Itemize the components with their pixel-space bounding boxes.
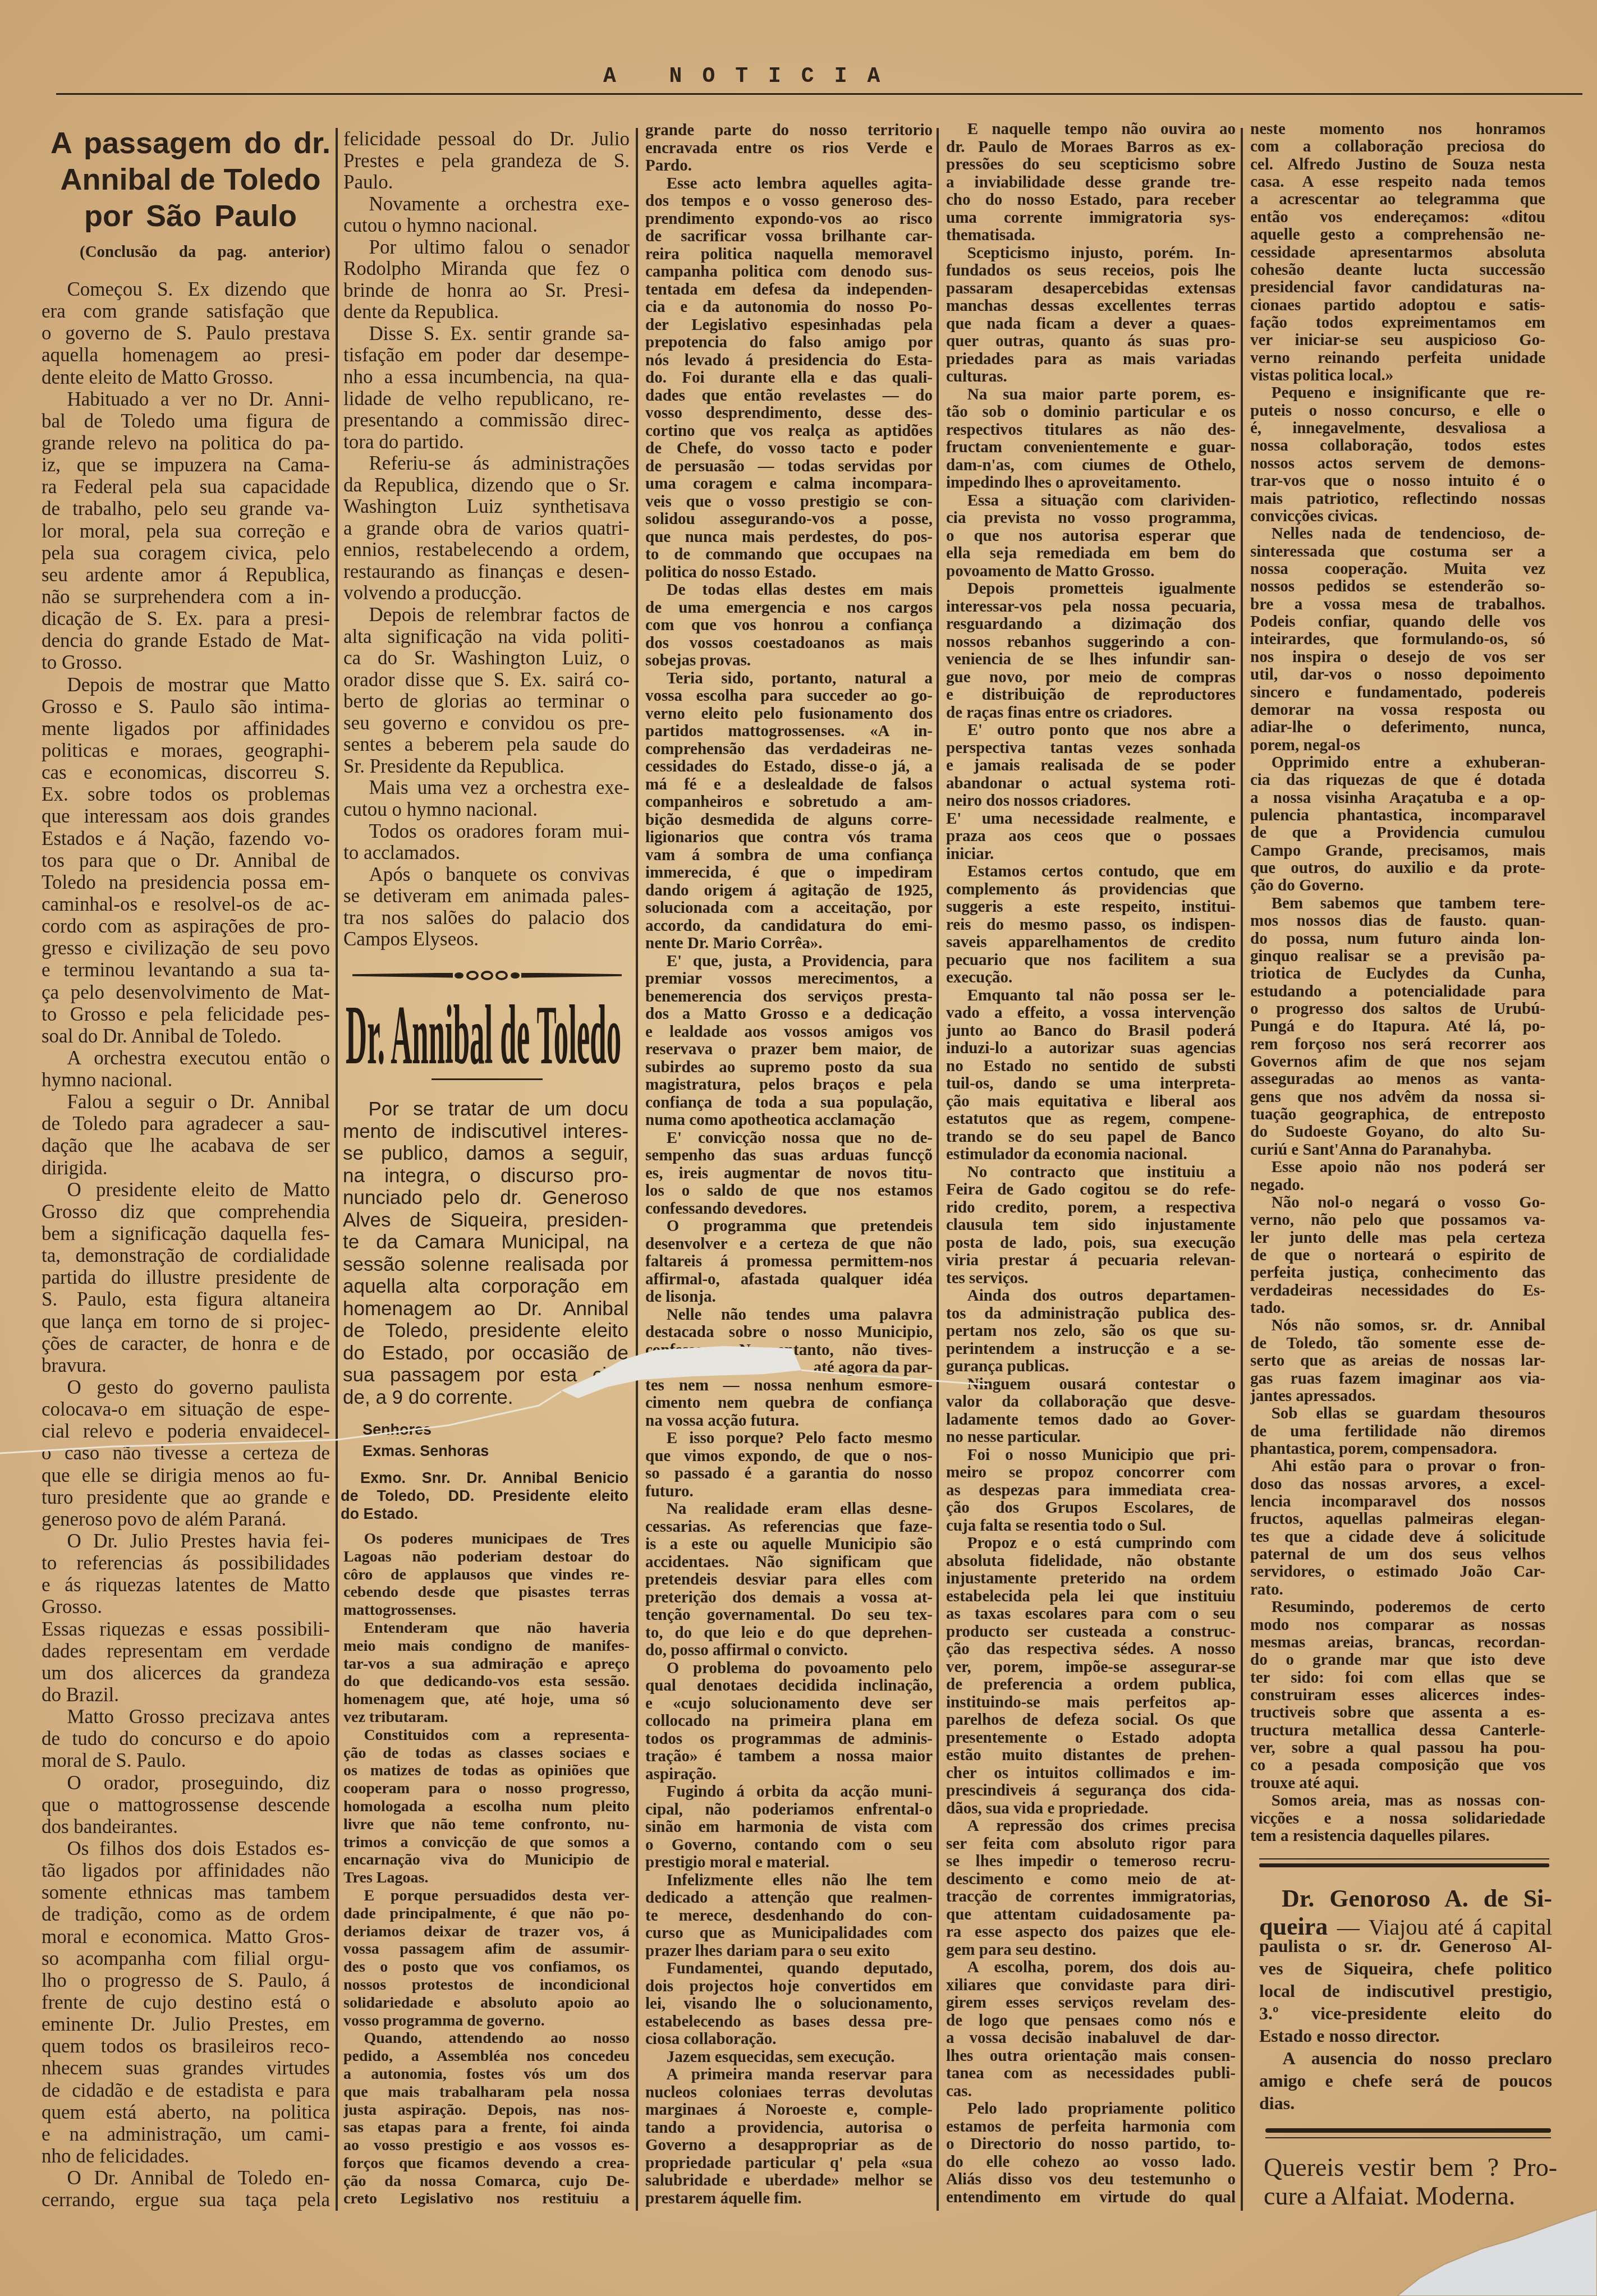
text-line: to Grosso.	[42, 651, 330, 673]
text-line: estimulador da economia nacional.	[946, 1146, 1236, 1164]
text-line: tructiveis sobre que assenta a es-	[1250, 1704, 1545, 1721]
text-line: A repressão dos crimes precisa	[946, 1817, 1236, 1835]
text-line: tracção de correntes immigratorias,	[946, 1888, 1236, 1906]
text-line: dos vossos coestadoanos as mais	[645, 635, 933, 653]
text-line: Tres Lagoas.	[343, 1869, 630, 1887]
text-line: Campo Grande, precisamos, mais	[1250, 842, 1545, 860]
text-line: que elle se dirigia menos ao fu-	[42, 1464, 330, 1486]
text-line: a grande obra de varios quatri-	[343, 518, 630, 540]
text-line: politicas e moraes, geographi-	[42, 740, 330, 761]
text-line: de, a 9 do corrente.	[343, 1386, 628, 1409]
text-line: Exmas. Senhoras	[343, 1440, 628, 1462]
text-line: to de commando que occupaes na	[645, 546, 933, 564]
text-line: impedindo lhes o aproveitamento.	[946, 474, 1236, 492]
text-line: gurança publicas.	[946, 1358, 1236, 1376]
text-line: phantastica, porem, compensadora.	[1250, 1440, 1545, 1458]
ornament-bar	[352, 973, 453, 978]
text-line: Mais uma vez a orchestra exe-	[343, 777, 630, 799]
text-line: Essa a situação com clarividen-	[946, 492, 1236, 510]
text-line: cia das riquezas de que é dotada	[1250, 772, 1545, 789]
text-line: forços que ficamos devendo a crea-	[343, 2155, 630, 2173]
headline-line: A passagem do dr.	[51, 125, 331, 162]
speech-column-2: Os poderes municipaes de TresLagoas não …	[343, 1530, 630, 2208]
text-line: to, do que leio e do que deprehen-	[645, 1624, 933, 1642]
text-line: mattogrossenses.	[343, 1601, 630, 1619]
text-line: cia prevista no vosso programma,	[946, 509, 1236, 527]
text-line: cel. Alfredo Justino de Souza nesta	[1250, 156, 1545, 173]
text-line: pulencia phantastica, incomparavel	[1250, 807, 1545, 824]
text-line: O presidente eleito de Matto	[42, 1179, 330, 1201]
text-line: es, ireis augmentar de novos titu-	[645, 1165, 933, 1183]
text-line: sessão solenne realisada por	[343, 1253, 628, 1276]
text-line: entendimento em virtude do qual	[946, 2189, 1236, 2207]
text-line: tração» é tambem a nossa maior	[645, 1748, 933, 1766]
text-line: qual denotaes decidida inclinação,	[645, 1677, 933, 1695]
text-line: confessando devedores.	[645, 1200, 933, 1218]
paragraph: O presidente eleito de MattoGrosso diz q…	[42, 1179, 330, 1376]
text-line: Entenderam que não haveria	[343, 1619, 630, 1637]
text-line: soal do Dr. Annibal de Toledo.	[42, 1025, 330, 1047]
text-line: A primeira manda reservar para	[645, 2066, 933, 2084]
text-line: bição desmedida de alguns corre-	[645, 811, 933, 829]
text-line: Esse acto lembra aquelles agita-	[645, 175, 933, 193]
text-line: se detiveram em animada pales-	[343, 885, 630, 907]
text-line: de que o norteará o espirito de	[1250, 1247, 1545, 1264]
text-line: e distribuição de reproductores	[946, 686, 1236, 704]
text-line: O Dr. Julio Prestes havia fei-	[42, 1530, 330, 1552]
text-line: verno, não pelo que possamos va-	[1250, 1211, 1545, 1229]
text-line: rido credito, porem, a respectiva	[946, 1199, 1236, 1217]
text-line: salubridade e uberdade» melhor se	[645, 2172, 933, 2190]
notice-lead-line: queira — Viajou até á capital	[1259, 1912, 1552, 1935]
text-line: neiro dos nossos criadores.	[946, 792, 1236, 810]
text-line: quem está aberto, na politica	[42, 2101, 330, 2123]
text-line: O programma que pretendeis	[645, 1218, 933, 1236]
text-line: dicação de S. Ex. para a presi-	[42, 608, 330, 630]
ornament-ring	[495, 971, 508, 980]
text-line: tuil-os, dando se uma interpreta-	[946, 1075, 1236, 1093]
text-line: jantes apressados.	[1250, 1388, 1545, 1405]
notice-rule-thin	[1259, 1858, 1549, 1859]
text-line: Habituado a ver no Dr. Anni-	[42, 388, 330, 410]
text-line: dencia do grande Estado de Mat-	[42, 630, 330, 651]
text-line: cooperam para o nosso progresso,	[343, 1780, 630, 1798]
text-line: de Toledo, presidente eleito	[343, 1320, 628, 1342]
speech-headline: Dr. Annibal de Toledo	[346, 987, 621, 1071]
text-line: tado.	[1250, 1299, 1545, 1317]
text-line: Disse S. Ex. sentir grande sa-	[343, 323, 630, 345]
text-line: eminente Dr. Julio Prestes, em	[42, 2013, 330, 2035]
text-line: pertam nos zelo, são os que su-	[946, 1323, 1236, 1340]
text-line: de trabalho, pelo seu grande va-	[42, 498, 330, 520]
paragraph: Scepticismo injusto, porém. In-fundados …	[946, 245, 1236, 386]
paragraph: Opprimido entre a exhuberan-cia das riqu…	[1250, 754, 1545, 895]
text-line: complemento ás providencias que	[946, 881, 1236, 899]
text-line: fação todos expreimentamos em	[1250, 314, 1545, 332]
text-line: vosso programma de governo.	[343, 2012, 630, 2030]
text-line: resguardando a dizimação dos	[946, 616, 1236, 633]
text-line: Quereis vestir bem ? Pro-	[1264, 2153, 1557, 2182]
torn-corner	[1397, 2210, 1597, 2296]
text-line: confesso-o. No entanto, não tives-	[645, 1342, 933, 1360]
text-line: homologada a escolha num pleito	[343, 1798, 630, 1816]
text-line: magistratura, pelos braços e pela	[645, 1076, 933, 1094]
paragraph: Depois prometteis igualmenteinteressar-v…	[946, 580, 1236, 722]
text-line: mesmas areias, brancas, recordan-	[1250, 1634, 1545, 1651]
text-line: Sob ellas se guardam thesouros	[1250, 1405, 1545, 1422]
text-line: S. Paulo, esta figura altaneira	[42, 1288, 330, 1310]
text-line: local de indiscutivel prestigio,	[1259, 1980, 1552, 2002]
paragraph: Matto Grosso precizava antesde tudo do c…	[42, 1706, 330, 1771]
text-line: te da Camara Municipal, na	[343, 1231, 628, 1253]
text-line: vicções e a nossa solidariedade	[1250, 1810, 1545, 1827]
text-line: ção dos Grupos Escolares, de	[946, 1499, 1236, 1517]
text-line: reira politica naquella memoravel	[645, 246, 933, 264]
text-line: Jazem esquecidas, sem execução.	[645, 2049, 933, 2067]
text-line: ginquo realisar se a previsão pa-	[1250, 948, 1545, 965]
text-line: mos nossos dias de fausto. quan-	[1250, 912, 1545, 930]
text-line: dades representam em verdade	[42, 1640, 330, 1662]
paragraph: A escolha, porem, dos dois au-xiliares q…	[946, 1959, 1236, 2100]
text-line: verno eleito pelo fusionamento dos	[645, 705, 933, 723]
text-line: sentes a beberem pela saude do	[343, 734, 630, 756]
text-line: Senhores	[343, 1419, 628, 1440]
text-line: Começou S. Ex dizendo que	[42, 278, 330, 300]
text-line: gem para seu destino.	[946, 1941, 1236, 1959]
text-line: absoluta fidelidade, não obstante	[946, 1553, 1236, 1571]
text-line: lhes outra orientação mais consen-	[946, 2047, 1236, 2065]
report-subhead: (Conclusão da pag. anterior)	[80, 243, 331, 262]
text-line: Essas riquezas e essas possibili-	[42, 1618, 330, 1640]
text-line: Não nol-o negará o vosso Go-	[1250, 1194, 1545, 1211]
text-line: trimos a convicção de que somos a	[343, 1834, 630, 1852]
speech-intro: Por se tratar de um documento de indiscu…	[343, 1098, 628, 1408]
text-line: dação que lhe acabava de ser	[42, 1135, 330, 1156]
text-line: de tudo do concurso e do apoio	[42, 1728, 330, 1749]
text-line: Toledo na presidencia possa em-	[42, 871, 330, 893]
text-line: trar-vos que o nosso intuito é o	[1250, 472, 1545, 490]
paragraph: Propoz e o está cumprindo comabsoluta fi…	[946, 1535, 1236, 1817]
text-line: Nelle não tendes uma palavra	[645, 1306, 933, 1324]
column-divider	[1241, 128, 1243, 2211]
text-line: xiliares que convidaste para diri-	[946, 1977, 1236, 1995]
text-line: Pungá e do Itapura. Até lá, po-	[1250, 1018, 1545, 1035]
text-line: marginaes á Noroeste e, comple-	[645, 2101, 933, 2119]
text-line: meiro se propoz concorrer com	[946, 1464, 1236, 1482]
text-line: ennios, restabelecendo a ordem,	[343, 539, 630, 561]
text-line: até agora da par-	[645, 1359, 933, 1377]
text-line: uma coragem e calma incompara-	[645, 475, 933, 493]
text-line: pressões do seu scepticismo sobre	[946, 156, 1236, 174]
text-line: campanha politica com denodo sus-	[645, 263, 933, 281]
text-line: cipal, não poderiamos enfrental-o	[645, 1801, 933, 1819]
text-line: asseguradas ao menos as vanta-	[1250, 1071, 1545, 1088]
text-line: pecuario que nos facilitem a sua	[946, 952, 1236, 970]
text-line: rem forçoso nos será recorrer aos	[1250, 1036, 1545, 1053]
text-line: cuja falta se resentia todo o Sul.	[946, 1517, 1236, 1535]
paragraph: Essa a situação com clarividen-cia previ…	[946, 492, 1236, 581]
text-line: politica do nosso Estado.	[645, 564, 933, 582]
paragraph: Nelle não tendes uma palavradestacada so…	[645, 1306, 933, 1430]
text-line: que o mattogrossense descende	[42, 1794, 330, 1816]
text-line: O Dr. Annibal de Toledo en-	[42, 2167, 330, 2189]
text-line: de uma fertilidade não diremos	[1250, 1423, 1545, 1440]
text-line: na vossa acção futura.	[645, 1412, 933, 1430]
text-line: cohesão deante lucta successão	[1250, 261, 1545, 279]
text-line: dedicado a attenção que realmen-	[645, 1889, 933, 1907]
paragraph: E' que, justa, a Providencia, parapremia…	[645, 953, 933, 1129]
paragraph: Fundamentei, quando deputado,dois projec…	[645, 1960, 933, 2049]
paragraph: Constituidos com a representa-ção de tod…	[343, 1726, 630, 1887]
text-line: ler junto delle mas pela certeza	[1250, 1229, 1545, 1247]
text-line: convicções civicas.	[1250, 508, 1545, 525]
text-line: valor da collaboração que desve-	[946, 1393, 1236, 1411]
text-line: que nada ficam a dever a quaes-	[946, 315, 1236, 333]
text-line: injustamente preterido na ordem	[946, 1570, 1236, 1588]
text-line: Depois de relembrar factos de	[343, 604, 630, 626]
speech-column-3: grande parte do nosso territorioencravad…	[645, 122, 933, 2207]
text-line: tisfação em poder dar desempe-	[343, 345, 630, 366]
text-line: moral e economica. Matto Gros-	[42, 1926, 330, 1948]
text-line: ção de todas as classes sociaes e	[343, 1744, 630, 1762]
paragraph: Essas riquezas e essas possibili-dades r…	[42, 1618, 330, 1706]
text-line: ções de caracter, de honra e de	[42, 1333, 330, 1354]
text-line: pela sua coragem civica, pelo	[42, 542, 330, 564]
text-line: de uma emergencia e nos cargos	[645, 599, 933, 617]
text-line: companheiros e sobretudo a am-	[645, 793, 933, 811]
text-line: nos inspira o desejo de vos ser	[1250, 649, 1545, 666]
text-line: paulista o sr. dr. Generoso Al-	[1259, 1935, 1552, 1957]
text-line: des o posto que vos confiamos, os	[343, 1958, 630, 1976]
text-line: Infelizmente elles não lhe tem	[645, 1872, 933, 1890]
text-line: presentando a commissão direc-	[343, 410, 630, 431]
text-line: sinão em harmonia de vista com	[645, 1819, 933, 1836]
paragraph: Pelo lado propriamente politicoestamos d…	[946, 2100, 1236, 2206]
text-line: nossos pedidos se estenderão so-	[1250, 578, 1545, 595]
advert-rule-thin	[1265, 2137, 1551, 2138]
text-line: estabelecida pela lei que instituiu	[946, 1588, 1236, 1606]
text-line: ta, demonstração de cordialidade	[42, 1245, 330, 1266]
text-line: Podeis confiar, quando delle vos	[1250, 613, 1545, 631]
text-line: e jamais realisada de se poder	[946, 757, 1236, 775]
text-line: Os filhos dos dois Estados es-	[42, 1838, 330, 1859]
text-line: e lealdade aos vossos amigos vos	[645, 1023, 933, 1041]
text-line: de persuasão — todas servidas por	[645, 458, 933, 476]
paragraph: Os poderes municipaes de TresLagoas não …	[343, 1530, 630, 1619]
text-line: da Republica, dizendo que o Sr.	[343, 475, 630, 497]
paragraph: Quando, attendendo ao nossopedido, a Ass…	[343, 2029, 630, 2208]
headline-underline	[432, 1078, 543, 1080]
text-line: de Toledo, tão somente esse de-	[1250, 1335, 1545, 1352]
text-line: amigo e chefe será de poucos	[1259, 2069, 1552, 2092]
text-line: abandonar o actual systema roti-	[946, 775, 1236, 793]
text-line: de cidadão e de estadista e para	[42, 2079, 330, 2101]
paragraph: Teria sido, portanto, natural avossa esc…	[645, 670, 933, 953]
text-line: livre que não teme confronto, nu-	[343, 1816, 630, 1834]
text-line: creto Legislativo nos restituiu a	[343, 2190, 630, 2208]
text-line: nossa cooperação. Muita vez	[1250, 561, 1545, 578]
text-line: modo nos comparar as nossas	[1250, 1617, 1545, 1634]
text-line: cas e economicas, discorreu S.	[42, 761, 330, 783]
text-line: ção das respectiva sédes. A nosso	[946, 1641, 1236, 1659]
text-line: Scepticismo injusto, porém. In-	[946, 245, 1236, 263]
text-line: Campos Elyseos.	[343, 929, 630, 950]
paragraph: O problema do povoamento peloqual denota…	[645, 1660, 933, 1784]
paragraph: O programma que pretendeisdesenvolver e …	[645, 1218, 933, 1306]
text-line: ella seja remediada em bem do	[946, 545, 1236, 563]
text-line: ra esse aspecto dos paizes que ele-	[946, 1923, 1236, 1941]
text-line: dãos, sua vida e propriedade.	[946, 1800, 1236, 1818]
text-line: dente eleito de Matto Grosso.	[42, 366, 330, 388]
text-line: dam-n'as, com ciumes de Othelo,	[946, 457, 1236, 475]
paragraph: Depois de mostrar que MattoGrosso e S. P…	[42, 674, 330, 1047]
text-line: prepotencia do falso amigo por	[645, 334, 933, 352]
text-line: Esse apoio não nos poderá ser	[1250, 1159, 1545, 1176]
masthead-title: A NOTICIA	[603, 65, 900, 89]
ornament-ring	[466, 971, 479, 980]
text-line: Governo a desappropriar as de	[645, 2137, 933, 2155]
paragraph: A primeira manda reservar paranucleos co…	[645, 2066, 933, 2207]
paragraph: A repressão dos crimes precisaser feita …	[946, 1817, 1236, 1959]
paragraph: Disse S. Ex. sentir grande sa-tisfação e…	[343, 323, 630, 453]
text-line: sua passagem por esta cida	[343, 1364, 628, 1386]
text-line: frente de cujo destino está o	[42, 1991, 330, 2013]
text-line: tenção governamental. Do seu tex-	[645, 1606, 933, 1624]
text-line: lencia incomparavel dos nossos	[1250, 1493, 1545, 1510]
text-line: aquella alta corporação em	[343, 1275, 628, 1298]
text-line: o que nos autorisa esperar que	[946, 527, 1236, 545]
text-line: prestarem áquelle fim.	[645, 2190, 933, 2208]
paragraph: Emquanto tal não possa ser le-vado a eff…	[946, 987, 1236, 1164]
text-line: Grosso e S. Paulo são intima-	[42, 696, 330, 718]
text-line: Por ultimo falou o senador	[343, 237, 630, 259]
text-line: tando a providencia, autorisa o	[645, 2119, 933, 2137]
text-line: E' convicção nossa que no de-	[645, 1129, 933, 1147]
ornament-ring	[481, 971, 493, 980]
text-line: cerrando, ergue sua taça pela	[42, 2189, 330, 2211]
paragraph: A ausencia do nosso preclaroamigo e chef…	[1259, 2047, 1552, 2114]
text-line: justa aspiração. Depois, nas nos-	[343, 2101, 630, 2119]
text-line: lidade de velho republicano, re-	[343, 388, 630, 410]
text-line: lor moral, pela sua correção e	[42, 520, 330, 542]
column-divider	[937, 128, 939, 2211]
text-line: ver, porem, impõe-se assegurar-se	[946, 1659, 1236, 1677]
text-line: Grosso.	[42, 1596, 330, 1618]
text-line: dois projectos hoje convertidos em	[645, 1978, 933, 1996]
text-line: verno reinando perfeita unidade	[1250, 350, 1545, 367]
text-line: O problema do povoamento pelo	[645, 1660, 933, 1678]
text-line: alta significação na vida politi-	[343, 626, 630, 648]
text-line: tos da administração publica des-	[946, 1305, 1236, 1323]
text-line: destacada sobre o nosso Municipio,	[645, 1324, 933, 1342]
text-line: partidos mattogrossenses. «A in-	[645, 723, 933, 741]
text-line: rato.	[1250, 1581, 1545, 1599]
text-line: viria prestar á pecuaria relevan-	[946, 1252, 1236, 1270]
text-line: E' outro ponto que nos abre a	[946, 722, 1236, 740]
text-line: felicidade pessoal do Dr. Julio	[343, 128, 630, 150]
text-line: a inviabilidade desse grande tre-	[946, 174, 1236, 192]
text-line: A ausencia do nosso preclaro	[1259, 2047, 1552, 2069]
text-line: No contracto que instituiu a	[946, 1164, 1236, 1182]
text-line: ca do Sr. Washington Luiz, o	[343, 648, 630, 669]
text-line: ser feita com absoluto rigor para	[946, 1835, 1236, 1853]
text-line: curiú e Sant'Anna do Paranahyba.	[1250, 1141, 1545, 1159]
text-line: cial relevo e poderia envaidecel-	[42, 1420, 330, 1442]
paragraph: O Dr. Julio Prestes havia fei-to referen…	[42, 1530, 330, 1618]
text-line: tra nos salões do palacio dos	[343, 907, 630, 929]
text-line: se lhes impedir o temeroso recru-	[946, 1853, 1236, 1871]
text-line: Estados e á Nação, fazendo vo-	[42, 828, 330, 849]
text-line: de sacrificar vossa brilhante car-	[645, 228, 933, 246]
paragraph: E naquelle tempo não ouvira aodr. Paulo …	[946, 121, 1236, 245]
text-line: instituindo-se mais perfeitos ap-	[946, 1694, 1236, 1712]
column-divider	[636, 128, 638, 2211]
text-line: te merece, desdenhando do con-	[645, 1907, 933, 1925]
paragraph: Resumindo, poderemos de certomodo nos co…	[1250, 1599, 1545, 1792]
text-line: util, dar-vos o nosso depoimento	[1250, 666, 1545, 683]
report-column-2: felicidade pessoal do Dr. JulioPrestes e…	[343, 128, 630, 950]
text-line: girem esses serviços revelam des-	[946, 1994, 1236, 2012]
text-line: tructura metallica dessa Canterle-	[1250, 1722, 1545, 1739]
text-line: Pequeno e insignificante que re-	[1250, 384, 1545, 402]
text-line: mento de indiscutivel interes-	[343, 1121, 628, 1143]
text-line: quer outras, quanto ás suas pro-	[946, 333, 1236, 351]
text-line: nho a essa incumbencia, na qua-	[343, 366, 630, 388]
paragraph: Foi o nosso Municipio que pri-meiro se p…	[946, 1447, 1236, 1535]
paragraph: Após o banquete os convivasse detiveram …	[343, 864, 630, 950]
text-line: dos bandeirantes.	[42, 1816, 330, 1838]
text-line: ladamente temos dado ao Gover-	[946, 1411, 1236, 1429]
text-line: bal de Toledo uma figura de	[42, 410, 330, 432]
text-line: lho o progresso de S. Paulo, á	[42, 1969, 330, 1991]
text-line: veis que o vosso prestigio se con-	[645, 493, 933, 511]
paragraph: Começou S. Ex dizendo queera com grande …	[42, 278, 330, 388]
text-line: to acclamados.	[343, 842, 630, 864]
text-line: tora do partido.	[343, 431, 630, 453]
text-line: posta de lado, pois, sua execução	[946, 1234, 1236, 1252]
text-line: a autonomia, fostes vós um dos	[343, 2065, 630, 2083]
text-line: Fundamentei, quando deputado,	[645, 1960, 933, 1978]
text-line: ver, sobre a qual passou ha pou-	[1250, 1739, 1545, 1757]
text-line: ter sido: foi com ellas que se	[1250, 1669, 1545, 1687]
text-line: reservava o prazer bem maior, de	[645, 1041, 933, 1059]
text-line: estamos de perfeita harmonia com	[946, 2118, 1236, 2136]
text-line: Constituidos com a representa-	[343, 1726, 630, 1744]
report-column-1: Começou S. Ex dizendo queera com grande …	[42, 278, 330, 2211]
paragraph: grande parte do nosso territorioencravad…	[645, 122, 933, 175]
text-line: do Brazil.	[42, 1684, 330, 1706]
text-line: Os poderes municipaes de Tres	[343, 1530, 630, 1548]
text-line: fructos, aquellas palmeiras elegan-	[1250, 1510, 1545, 1528]
text-line: a acrescentar ao telegramma que	[1250, 191, 1545, 208]
text-line: de preferencia a ordem publica,	[946, 1676, 1236, 1694]
text-line: Aliás disso vos deu testemunho o	[946, 2171, 1236, 2189]
text-line: vado a effeito, a vossa intervenção	[946, 1004, 1236, 1022]
text-line: partida do illustre presidente de	[42, 1266, 330, 1288]
text-line: do Sudoeste Goyano, do alto Su-	[1250, 1123, 1545, 1141]
text-line: hymno nacional.	[42, 1069, 330, 1091]
text-line: A orchestra executou então o	[42, 1047, 330, 1069]
text-line: deriamos deixar de trazer vos, á	[343, 1923, 630, 1941]
text-line: confiança de toda a sua população,	[645, 1094, 933, 1112]
paragraph: Falou a seguir o Dr. Annibalde Toledo pa…	[42, 1091, 330, 1179]
text-line: trando se do seu papel de Banco	[946, 1128, 1236, 1146]
text-line: Ninguem ousará contestar o	[946, 1376, 1236, 1394]
text-line: Bem sabemos que tambem tere-	[1250, 895, 1545, 912]
text-line: perintendem a instrucção e a se-	[946, 1340, 1236, 1358]
text-line: lei, visando lhe o solucionamento,	[645, 1995, 933, 2013]
text-line: faltareis á promessa permittem-nos	[645, 1253, 933, 1271]
